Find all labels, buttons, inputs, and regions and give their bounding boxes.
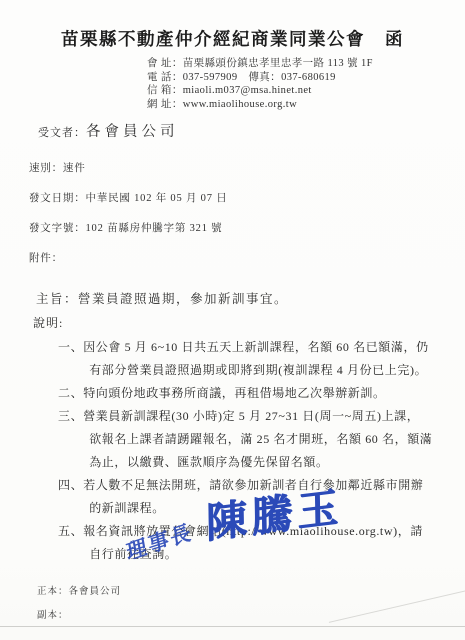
subject-line: 主旨：營業員證照過期，參加新訓事宜。 bbox=[36, 289, 465, 307]
meta-attachment: 附件： bbox=[29, 251, 465, 266]
scanned-letter-page: 苗栗縣不動產仲介經紀商業同業公會函 會 址：苗栗縣頭份鎮忠孝里忠孝一路 113 … bbox=[0, 0, 465, 640]
contact-address: 會 址：苗栗縣頭份鎮忠孝里忠孝一路 113 號 1F bbox=[147, 57, 465, 71]
explanation-label: 說明: bbox=[33, 314, 465, 331]
contact-website: 網 址：www.miaolihouse.org.tw bbox=[147, 98, 465, 112]
explanation-item-2: 二、特向頭份地政事務所商議，再租借場地乙次舉辦新訓。 bbox=[58, 382, 449, 405]
meta-priority: 速別：速件 bbox=[29, 161, 465, 176]
contact-block: 會 址：苗栗縣頭份鎮忠孝里忠孝一路 113 號 1F 電 話：037-59790… bbox=[147, 57, 465, 111]
explanation-item-3: 三、營業員新訓課程(30 小時)定 5 月 27~31 日(周一~周五)上課， … bbox=[58, 405, 449, 474]
contact-phone-fax: 電 話：037-597909 傳真：037-680619 bbox=[147, 71, 465, 85]
doc-type-label: 函 bbox=[385, 29, 404, 49]
meta-issue-date: 發文日期：中華民國 102 年 05 月 07 日 bbox=[29, 191, 465, 206]
explanation-item-1: 一、因公會 5 月 6~10 日共五天上新訓課程，名額 60 名已額滿，仍 有部… bbox=[58, 336, 449, 382]
duplicate-copy-line: 副本： bbox=[37, 610, 465, 622]
contact-email: 信 箱：miaoli.m037@msa.hinet.net bbox=[147, 84, 465, 98]
scan-edge-line bbox=[0, 626, 465, 627]
recipient-value: 各會員公司 bbox=[86, 124, 179, 140]
copies-block: 正本：各會員公司 副本： bbox=[37, 574, 465, 634]
document-header: 苗栗縣不動產仲介經紀商業同業公會函 bbox=[0, 26, 465, 51]
meta-doc-number: 發文字號：102 苗縣房仲騰字第 321 號 bbox=[29, 221, 465, 236]
meta-block: 速別：速件 發文日期：中華民國 102 年 05 月 07 日 發文字號：102… bbox=[29, 146, 465, 281]
org-name: 苗栗縣不動產仲介經紀商業同業公會 bbox=[61, 29, 365, 49]
original-copy-line: 正本：各會員公司 bbox=[37, 586, 465, 598]
recipient-label: 受文者： bbox=[38, 127, 86, 139]
recipient-line: 受文者：各會員公司 bbox=[38, 120, 465, 141]
